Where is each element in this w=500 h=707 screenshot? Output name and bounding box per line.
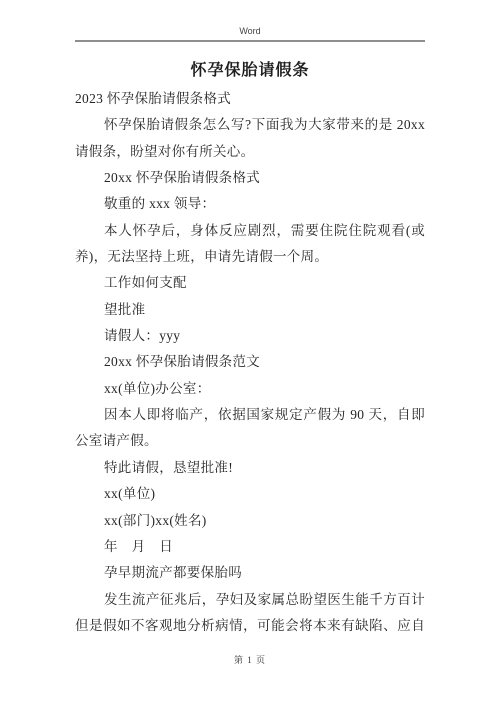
document-line: 请假人：yyy bbox=[75, 323, 425, 349]
document-line: xx(单位) bbox=[75, 481, 425, 507]
document-line: xx(单位)办公室： bbox=[75, 376, 425, 402]
document-line: 养)，无法坚持上班，申请先请假一个周。 bbox=[75, 244, 425, 270]
document-line: 工作如何支配 bbox=[75, 270, 425, 296]
document-line: 年 月 日 bbox=[75, 534, 425, 560]
document-page: Word 怀孕保胎请假条 2023 怀孕保胎请假条格式 怀孕保胎请假条怎么写?下… bbox=[0, 0, 500, 707]
document-body: 2023 怀孕保胎请假条格式 怀孕保胎请假条怎么写?下面我为大家带来的是 20x… bbox=[75, 86, 425, 639]
document-line: 请假条，盼望对你有所关心。 bbox=[75, 139, 425, 165]
document-line: 孕早期流产都要保胎吗 bbox=[75, 560, 425, 586]
header-app-label: Word bbox=[75, 0, 425, 42]
document-line: 本人怀孕后，身体反应剧烈，需要住院住院观看(或者在家静 bbox=[75, 218, 425, 244]
document-line: 20xx 怀孕保胎请假条范文 bbox=[75, 349, 425, 375]
document-line: 2023 怀孕保胎请假条格式 bbox=[75, 86, 425, 112]
document-line: 特此请假，恳望批准! bbox=[75, 455, 425, 481]
document-line: 怀孕保胎请假条怎么写?下面我为大家带来的是 20xx 怀孕保胎 bbox=[75, 112, 425, 138]
document-line: 但是假如不客观地分析病情，可能会将本来有缺陷、应自然淘汰的 bbox=[75, 613, 425, 639]
document-line: 20xx 怀孕保胎请假条格式 bbox=[75, 165, 425, 191]
document-line: 因本人即将临产，依据国家规定产假为 90 天，自即日起向办 bbox=[75, 402, 425, 428]
page-number: 第 1 页 bbox=[0, 653, 500, 666]
document-line: xx(部门)xx(姓名) bbox=[75, 508, 425, 534]
document-title: 怀孕保胎请假条 bbox=[0, 59, 500, 82]
document-line: 发生流产征兆后，孕妇及家属总盼望医生能千方百计地保胎。 bbox=[75, 587, 425, 613]
document-line: 望批准 bbox=[75, 297, 425, 323]
document-line: 敬重的 xxx 领导： bbox=[75, 191, 425, 217]
document-line: 公室请产假。 bbox=[75, 428, 425, 454]
